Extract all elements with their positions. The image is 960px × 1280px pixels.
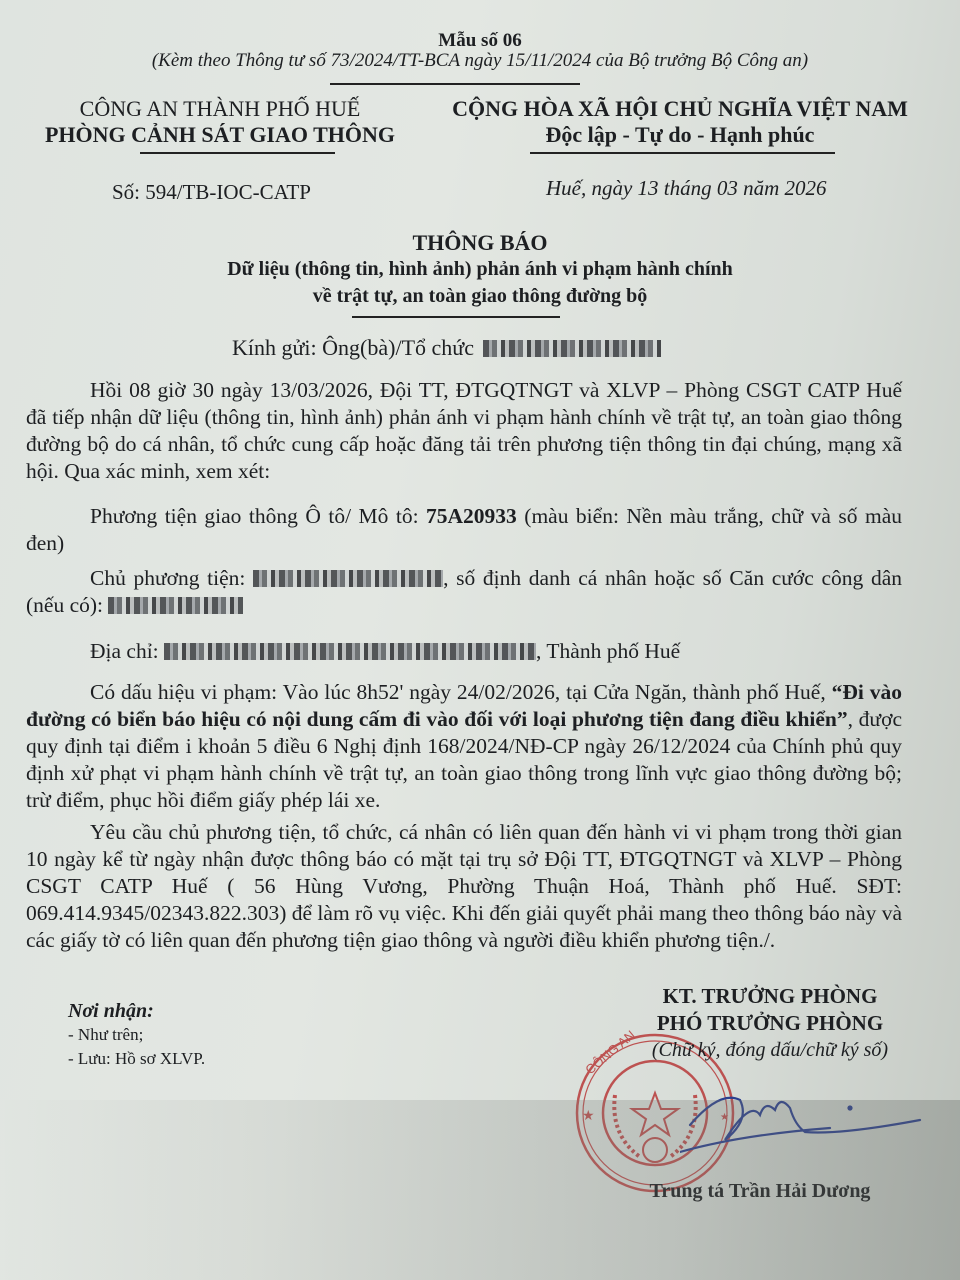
form-reference: (Kèm theo Thông tư số 73/2024/TT-BCA ngà… (0, 50, 960, 72)
signature-title: KT. TRƯỞNG PHÒNG (600, 984, 940, 1009)
address-city: , Thành phố Huế (536, 639, 680, 663)
document-number: Số: 594/TB-IOC-CATP (112, 180, 311, 205)
document-title: THÔNG BÁO (0, 230, 960, 256)
document-date: Huế, ngày 13 tháng 03 năm 2026 (546, 176, 827, 201)
redacted-owner-name (253, 570, 443, 587)
national-title: CỘNG HÒA XÃ HỘI CHỦ NGHĨA VIỆT NAM (430, 96, 930, 122)
signature-position: PHÓ TRƯỞNG PHÒNG (600, 1011, 940, 1036)
signature-note: (Chữ ký, đóng dấu/chữ ký số) (600, 1039, 940, 1062)
document-subtitle: Dữ liệu (thông tin, hình ảnh) phản ánh v… (0, 258, 960, 281)
redacted-address (164, 643, 536, 660)
recipients-item: - Lưu: Hồ sơ XLVP. (68, 1049, 205, 1069)
divider (330, 83, 580, 85)
address-paragraph: Địa chỉ: , Thành phố Huế (26, 638, 902, 665)
agency-name: CÔNG AN THÀNH PHỐ HUẾ (20, 96, 420, 122)
notice-document: Mẫu số 06 (Kèm theo Thông tư số 73/2024/… (0, 0, 960, 1280)
redacted-id-number (108, 597, 243, 614)
divider (352, 316, 560, 318)
signer-name: Trung tá Trần Hải Dương (560, 1180, 960, 1203)
recipient-label: Kính gửi: Ông(bà)/Tổ chức (232, 335, 474, 360)
violation-intro: Có dấu hiệu vi phạm: Vào lúc 8h52' ngày … (90, 680, 832, 704)
intro-paragraph: Hồi 08 giờ 30 ngày 13/03/2026, Đội TT, Đ… (26, 377, 902, 485)
intro-text: Hồi 08 giờ 30 ngày 13/03/2026, Đội TT, Đ… (26, 378, 902, 483)
address-label: Địa chỉ: (90, 639, 164, 663)
divider (530, 152, 835, 154)
divider (140, 152, 335, 154)
recipients-item: - Như trên; (68, 1025, 143, 1045)
document-subtitle: về trật tự, an toàn giao thông đường bộ (0, 285, 960, 308)
vehicle-label: Phương tiện giao thông Ô tô/ Mô tô: (90, 504, 426, 528)
redacted-recipient-name (483, 340, 661, 357)
handwritten-signature-icon (680, 1080, 940, 1160)
violation-paragraph: Có dấu hiệu vi phạm: Vào lúc 8h52' ngày … (26, 679, 902, 814)
license-plate: 75A20933 (426, 504, 517, 528)
vehicle-paragraph: Phương tiện giao thông Ô tô/ Mô tô: 75A2… (26, 503, 902, 557)
owner-label: Chủ phương tiện: (90, 566, 253, 590)
recipients-label: Nơi nhận: (68, 1000, 154, 1023)
national-motto: Độc lập - Tự do - Hạnh phúc (430, 122, 930, 148)
owner-paragraph: Chủ phương tiện: , số định danh cá nhân … (26, 565, 902, 619)
recipient-line: Kính gửi: Ông(bà)/Tổ chức (232, 335, 661, 361)
request-paragraph: Yêu cầu chủ phương tiện, tổ chức, cá nhâ… (26, 819, 902, 954)
department-name: PHÒNG CẢNH SÁT GIAO THÔNG (20, 122, 420, 148)
svg-text:★: ★ (582, 1109, 595, 1124)
form-number: Mẫu số 06 (0, 30, 960, 52)
request-text: Yêu cầu chủ phương tiện, tổ chức, cá nhâ… (26, 820, 902, 952)
